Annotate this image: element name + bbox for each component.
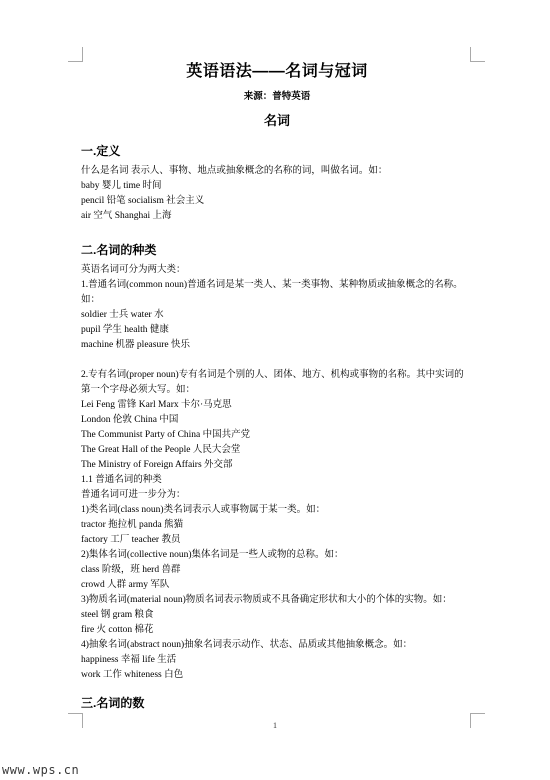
source-line: 来源：普特英语 (81, 91, 473, 103)
text-line: 1.普通名词(common noun)普通名词是某一类人、某一类事物、某种物质或… (81, 278, 473, 308)
page-number: 1 (0, 721, 550, 731)
text-line: baby 婴儿 time 时间 (81, 179, 473, 194)
text-line: work 工作 whiteness 白色 (81, 668, 473, 683)
text-line: The Communist Party of China 中国共产党 (81, 428, 473, 443)
text-line: London 伦敦 China 中国 (81, 413, 473, 428)
text-line: crowd 人群 army 军队 (81, 578, 473, 593)
text-line: 1)类名词(class noun)类名词表示人或事物属于某一类。如： (81, 503, 473, 518)
crop-mark-top-right (470, 47, 485, 62)
text-line: The Great Hall of the People 人民大会堂 (81, 443, 473, 458)
text-line: 3)物质名词(material noun)物质名词表示物质或不具备确定形状和大小… (81, 593, 473, 608)
chapter-heading-noun: 名词 (81, 113, 473, 129)
text-line: machine 机器 pleasure 快乐 (81, 338, 473, 353)
text-line: 2.专有名词(proper noun)专有名词是个别的人、团体、地方、机构或事物… (81, 368, 473, 398)
document-page: { "doc": { "title": "英语语法——名词与冠词", "sour… (0, 0, 550, 780)
text-line: 什么是名词 表示人、事物、地点或抽象概念的名称的词，叫做名词。如： (81, 164, 473, 179)
text-line: pencil 铅笔 socialism 社会主义 (81, 194, 473, 209)
section-heading-kinds: 二.名词的种类 (81, 243, 473, 257)
kinds-common-body: 英语名词可分为两大类： 1.普通名词(common noun)普通名词是某一类人… (81, 263, 473, 353)
section-heading-number: 三.名词的数 (81, 696, 473, 710)
text-line: happiness 幸福 life 生活 (81, 653, 473, 668)
page-content: 英语语法——名词与冠词 来源：普特英语 名词 一.定义 什么是名词 表示人、事物… (81, 62, 473, 710)
text-line: class 阶级，班 herd 兽群 (81, 563, 473, 578)
text-line: tractor 拖拉机 panda 熊猫 (81, 518, 473, 533)
section-heading-definition: 一.定义 (81, 144, 473, 158)
text-line: air 空气 Shanghai 上海 (81, 209, 473, 224)
kinds-proper-body: 2.专有名词(proper noun)专有名词是个别的人、团体、地方、机构或事物… (81, 368, 473, 683)
text-line: steel 钢 gram 粮食 (81, 608, 473, 623)
wps-watermark: www.wps.cn (2, 763, 79, 777)
text-line: factory 工厂 teacher 教员 (81, 533, 473, 548)
text-line: Lei Feng 雷锋 Karl Marx 卡尔·马克思 (81, 398, 473, 413)
definition-body: 什么是名词 表示人、事物、地点或抽象概念的名称的词，叫做名词。如： baby 婴… (81, 164, 473, 224)
text-line: 2)集体名词(collective noun)集体名词是一些人或物的总称。如： (81, 548, 473, 563)
document-title: 英语语法——名词与冠词 (81, 62, 473, 82)
text-line: 英语名词可分为两大类： (81, 263, 473, 278)
text-line: 1.1 普通名词的种类 (81, 473, 473, 488)
text-line: soldier 士兵 water 水 (81, 308, 473, 323)
text-line: fire 火 cotton 棉花 (81, 623, 473, 638)
text-line: 4)抽象名词(abstract noun)抽象名词表示动作、状态、品质或其他抽象… (81, 638, 473, 653)
text-line: 普通名词可进一步分为： (81, 488, 473, 503)
text-line: The Ministry of Foreign Affairs 外交部 (81, 458, 473, 473)
text-line: pupil 学生 health 健康 (81, 323, 473, 338)
crop-mark-top-left (68, 47, 83, 62)
